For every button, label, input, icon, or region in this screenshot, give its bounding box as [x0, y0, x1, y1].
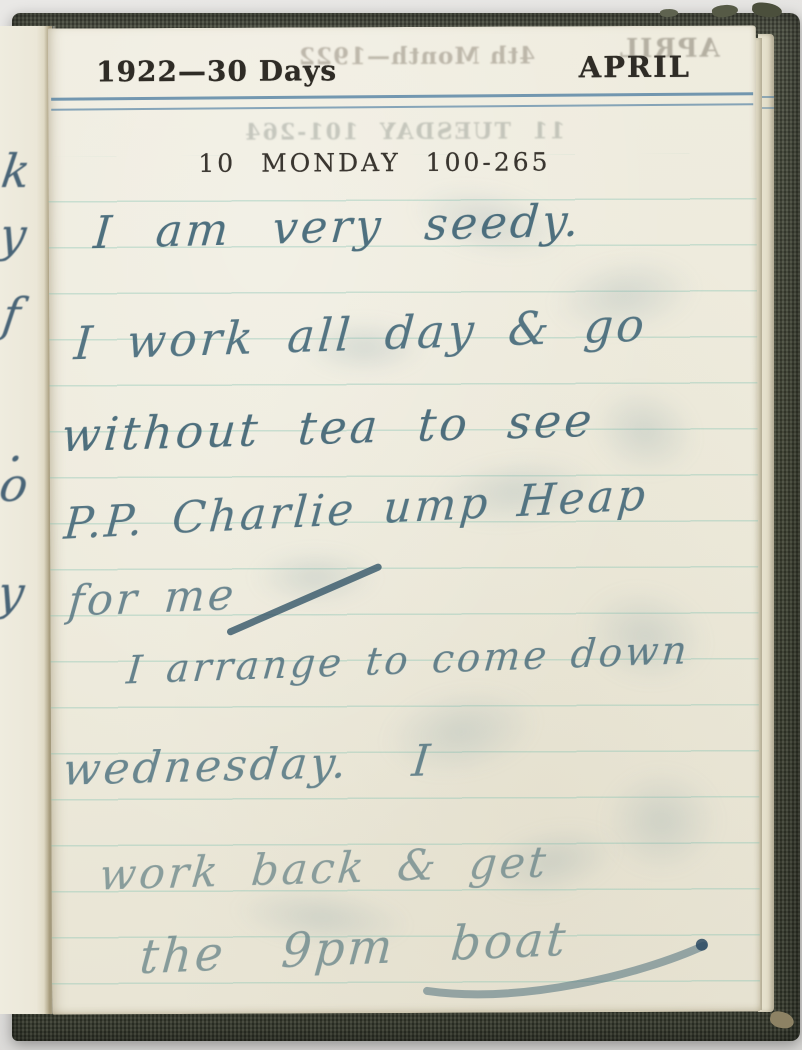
page-header-year-days: 1922—30 Days — [96, 54, 337, 88]
handwriting-fragment: f — [0, 288, 24, 342]
handwriting-fragment: o — [0, 458, 31, 512]
handwriting-line-7: wednesday. I — [61, 735, 435, 795]
diary-page: 4th Month—1922 APRIL 11 TUESDAY 101-264 … — [48, 25, 760, 1014]
ink-show-through — [601, 766, 721, 877]
date-line: 10 MONDAY 100-265 — [20, 147, 728, 179]
page-header-month: APRIL — [579, 50, 692, 84]
ink-show-through — [250, 547, 380, 608]
handwriting-line-5: for me — [66, 570, 238, 627]
handwriting-fragment: y — [0, 566, 28, 620]
handwriting-fragment: y — [0, 208, 30, 262]
ghost-tuesday-text: 11 TUESDAY 101-264 — [243, 118, 565, 145]
photograph-background: k y f . o y 4th Month—1922 APRIL 11 TUES… — [0, 0, 802, 1050]
header-double-rule — [51, 92, 753, 111]
